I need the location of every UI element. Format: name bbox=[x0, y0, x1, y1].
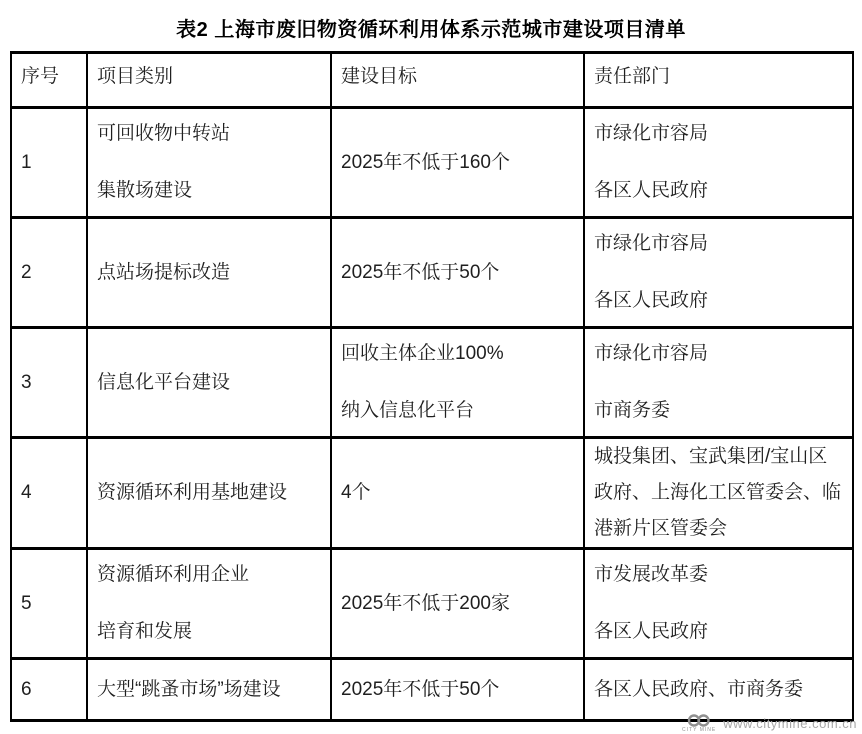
cell-target: 2025年不低于200家 bbox=[331, 549, 584, 659]
cell-line: 6 bbox=[21, 672, 77, 708]
cell-department: 各区人民政府、市商务委 bbox=[584, 659, 853, 721]
cell-serial: 4 bbox=[11, 438, 87, 549]
cell-line: 2025年不低于160个 bbox=[341, 145, 574, 181]
cell-line: 各区人民政府 bbox=[594, 283, 843, 319]
watermark-logo-caption: CITY MINE bbox=[682, 728, 716, 733]
column-header-category: 项目类别 bbox=[87, 53, 331, 108]
page-title: 表2 上海市废旧物资循环利用体系示范城市建设项目清单 bbox=[0, 0, 862, 42]
cell-department: 市绿化市容局各区人民政府 bbox=[584, 108, 853, 218]
watermark: CITY MINE www.citymine.com.cn bbox=[682, 714, 857, 733]
cell-line: 资源循环利用基地建设 bbox=[97, 475, 321, 511]
cell-line: 信息化平台建设 bbox=[97, 365, 321, 401]
cell-line: 4 bbox=[21, 475, 77, 511]
cell-line: 2025年不低于50个 bbox=[341, 672, 574, 708]
table-row: 4资源循环利用基地建设4个城投集团、宝武集团/宝山区政府、上海化工区管委会、临港… bbox=[11, 438, 853, 549]
cell-serial: 1 bbox=[11, 108, 87, 218]
cell-line: 各区人民政府 bbox=[594, 173, 843, 209]
cell-line: 市绿化市容局 bbox=[594, 116, 843, 152]
column-header-serial: 序号 bbox=[11, 53, 87, 108]
document-page: 表2 上海市废旧物资循环利用体系示范城市建设项目清单 序号 项目类别 建设目标 … bbox=[0, 0, 862, 734]
cell-target: 2025年不低于50个 bbox=[331, 218, 584, 328]
cell-target: 4个 bbox=[331, 438, 584, 549]
cell-department: 城投集团、宝武集团/宝山区政府、上海化工区管委会、临港新片区管委会 bbox=[584, 438, 853, 549]
cell-line: 回收主体企业100% bbox=[341, 336, 574, 372]
cell-serial: 2 bbox=[11, 218, 87, 328]
cell-line: 市绿化市容局 bbox=[594, 226, 843, 262]
cell-target: 回收主体企业100%纳入信息化平台 bbox=[331, 328, 584, 438]
cell-target: 2025年不低于50个 bbox=[331, 659, 584, 721]
cell-line: 大型“跳蚤市场”场建设 bbox=[97, 672, 321, 708]
cell-category: 大型“跳蚤市场”场建设 bbox=[87, 659, 331, 721]
cell-category: 可回收物中转站集散场建设 bbox=[87, 108, 331, 218]
cell-line: 市绿化市容局 bbox=[594, 336, 843, 372]
cell-line: 市发展改革委 bbox=[594, 557, 843, 593]
column-header-target: 建设目标 bbox=[331, 53, 584, 108]
cell-target: 2025年不低于160个 bbox=[331, 108, 584, 218]
cell-line: 2025年不低于50个 bbox=[341, 255, 574, 291]
cell-line: 2025年不低于200家 bbox=[341, 586, 574, 622]
cell-line: 4个 bbox=[341, 475, 574, 511]
cell-line: 可回收物中转站 bbox=[97, 116, 321, 152]
cell-line: 城投集团、宝武集团/宝山区政府、上海化工区管委会、临港新片区管委会 bbox=[594, 439, 843, 547]
table-header-row: 序号 项目类别 建设目标 责任部门 bbox=[11, 53, 853, 108]
cell-line: 1 bbox=[21, 145, 77, 181]
cell-line: 点站场提标改造 bbox=[97, 255, 321, 291]
cell-serial: 3 bbox=[11, 328, 87, 438]
watermark-url: www.citymine.com.cn bbox=[723, 716, 857, 731]
cell-category: 资源循环利用企业培育和发展 bbox=[87, 549, 331, 659]
cell-department: 市绿化市容局市商务委 bbox=[584, 328, 853, 438]
table-row: 1可回收物中转站集散场建设2025年不低于160个市绿化市容局各区人民政府 bbox=[11, 108, 853, 218]
cell-line: 各区人民政府 bbox=[594, 614, 843, 650]
cell-category: 点站场提标改造 bbox=[87, 218, 331, 328]
cell-category: 资源循环利用基地建设 bbox=[87, 438, 331, 549]
cell-department: 市绿化市容局各区人民政府 bbox=[584, 218, 853, 328]
cell-serial: 5 bbox=[11, 549, 87, 659]
table-row: 5资源循环利用企业培育和发展2025年不低于200家市发展改革委各区人民政府 bbox=[11, 549, 853, 659]
cell-line: 2 bbox=[21, 255, 77, 291]
table-row: 6大型“跳蚤市场”场建设2025年不低于50个各区人民政府、市商务委 bbox=[11, 659, 853, 721]
cell-line: 纳入信息化平台 bbox=[341, 393, 574, 429]
cell-line: 集散场建设 bbox=[97, 173, 321, 209]
project-table: 序号 项目类别 建设目标 责任部门 1可回收物中转站集散场建设2025年不低于1… bbox=[10, 51, 854, 722]
cell-line: 培育和发展 bbox=[97, 614, 321, 650]
table-row: 2点站场提标改造2025年不低于50个市绿化市容局各区人民政府 bbox=[11, 218, 853, 328]
cell-line: 各区人民政府、市商务委 bbox=[594, 672, 843, 708]
cell-line: 市商务委 bbox=[594, 393, 843, 429]
table-row: 3信息化平台建设回收主体企业100%纳入信息化平台市绿化市容局市商务委 bbox=[11, 328, 853, 438]
column-header-department: 责任部门 bbox=[584, 53, 853, 108]
cell-line: 资源循环利用企业 bbox=[97, 557, 321, 593]
city-mine-logo-icon: CITY MINE bbox=[682, 714, 716, 733]
cell-category: 信息化平台建设 bbox=[87, 328, 331, 438]
cell-serial: 6 bbox=[11, 659, 87, 721]
cell-line: 3 bbox=[21, 365, 77, 401]
cell-line: 5 bbox=[21, 586, 77, 622]
cell-department: 市发展改革委各区人民政府 bbox=[584, 549, 853, 659]
